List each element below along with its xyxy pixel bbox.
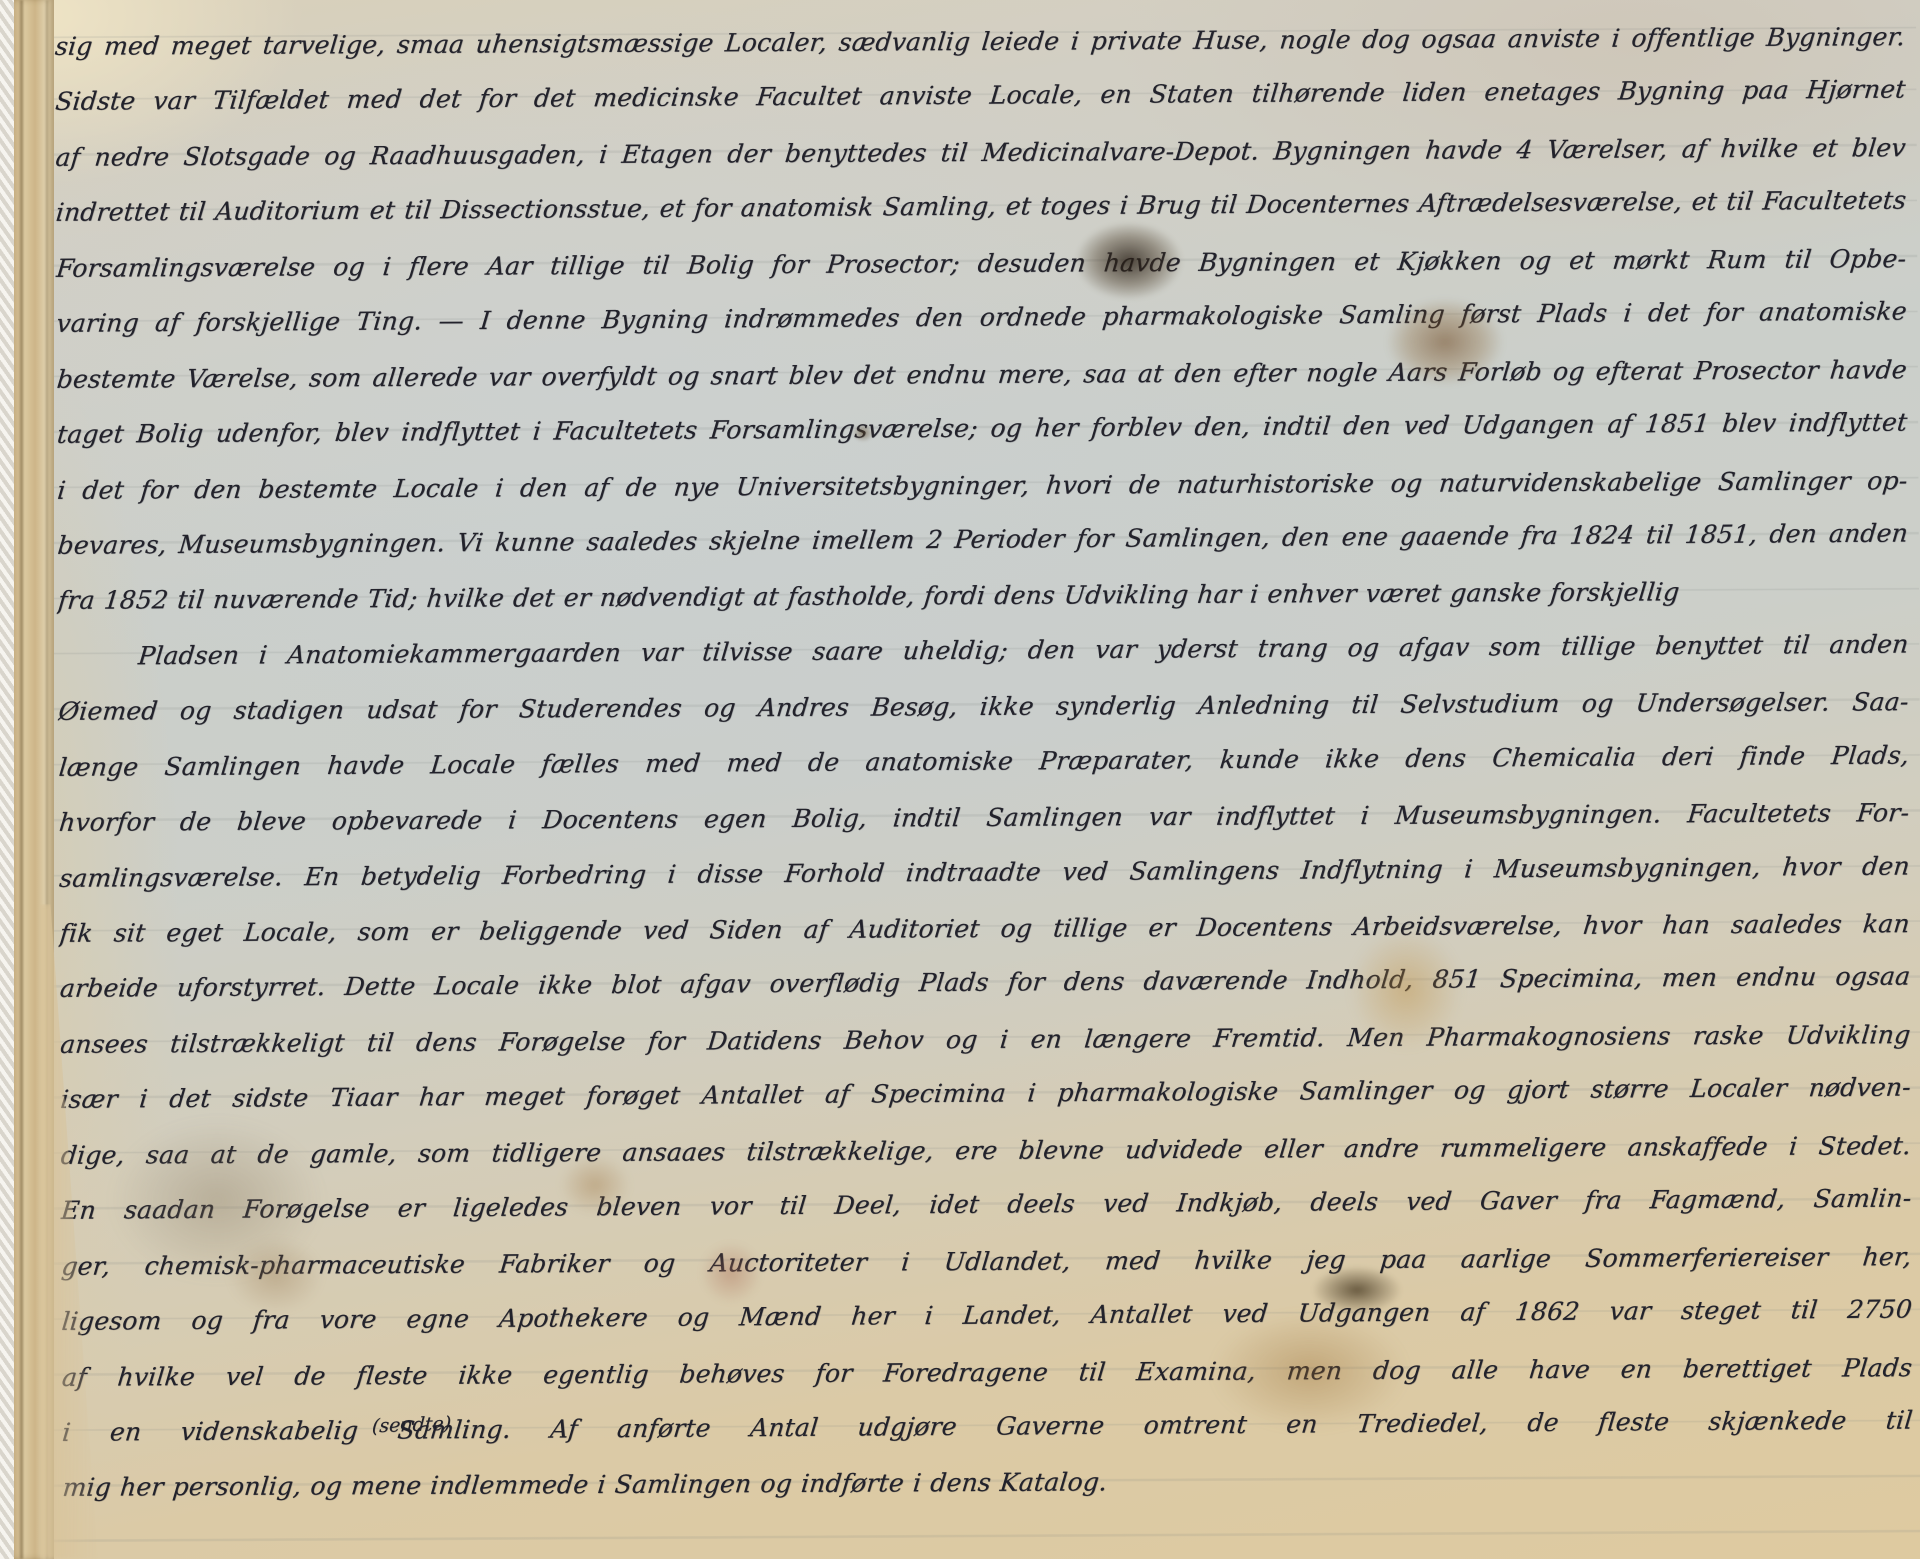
manuscript-line: ligesom og fra vore egne Apothekere og M… <box>59 1282 1915 1350</box>
page-edge-crease <box>20 0 23 1559</box>
manuscript-line: arbeide uforstyrret. Dette Locale ikke b… <box>57 949 1913 1017</box>
handwritten-text-block: sig med meget tarvelige, smaa uhensigtsm… <box>52 9 1910 1515</box>
manuscript-line: Pladsen i Anatomiekammergaarden var tilv… <box>56 616 1912 684</box>
manuscript-line: indrettet til Auditorium et til Dissecti… <box>53 173 1909 241</box>
manuscript-line: Sidste var Tilfældet med det for det med… <box>53 62 1909 130</box>
manuscript-line: varing af forskjellige Ting. — I denne B… <box>54 284 1910 352</box>
book-binding-cloth <box>0 0 14 1559</box>
manuscript-line: En saadan Forøgelse er ligeledes bleven … <box>58 1171 1914 1239</box>
inserted-word: (sendte) <box>371 1413 452 1438</box>
manuscript-line: mig her personlig, og mene indlemmede i … <box>60 1450 1916 1515</box>
manuscript-line: bevares, Museumsbygningen. Vi kunne saal… <box>55 505 1911 573</box>
manuscript-line: taget Bolig udenfor, blev indflyttet i F… <box>54 395 1910 463</box>
manuscript-page: sig med meget tarvelige, smaa uhensigtsm… <box>0 0 1920 1559</box>
manuscript-line: samlingsværelse. En betydelig Forbedring… <box>57 838 1913 906</box>
manuscript-line: især i det sidste Tiaar har meget forøge… <box>58 1060 1914 1128</box>
manuscript-line: længe Samlingen havde Locale fælles med … <box>56 727 1912 795</box>
manuscript-line: i en videnskabelig Samling. Af anførte A… <box>60 1392 1916 1460</box>
